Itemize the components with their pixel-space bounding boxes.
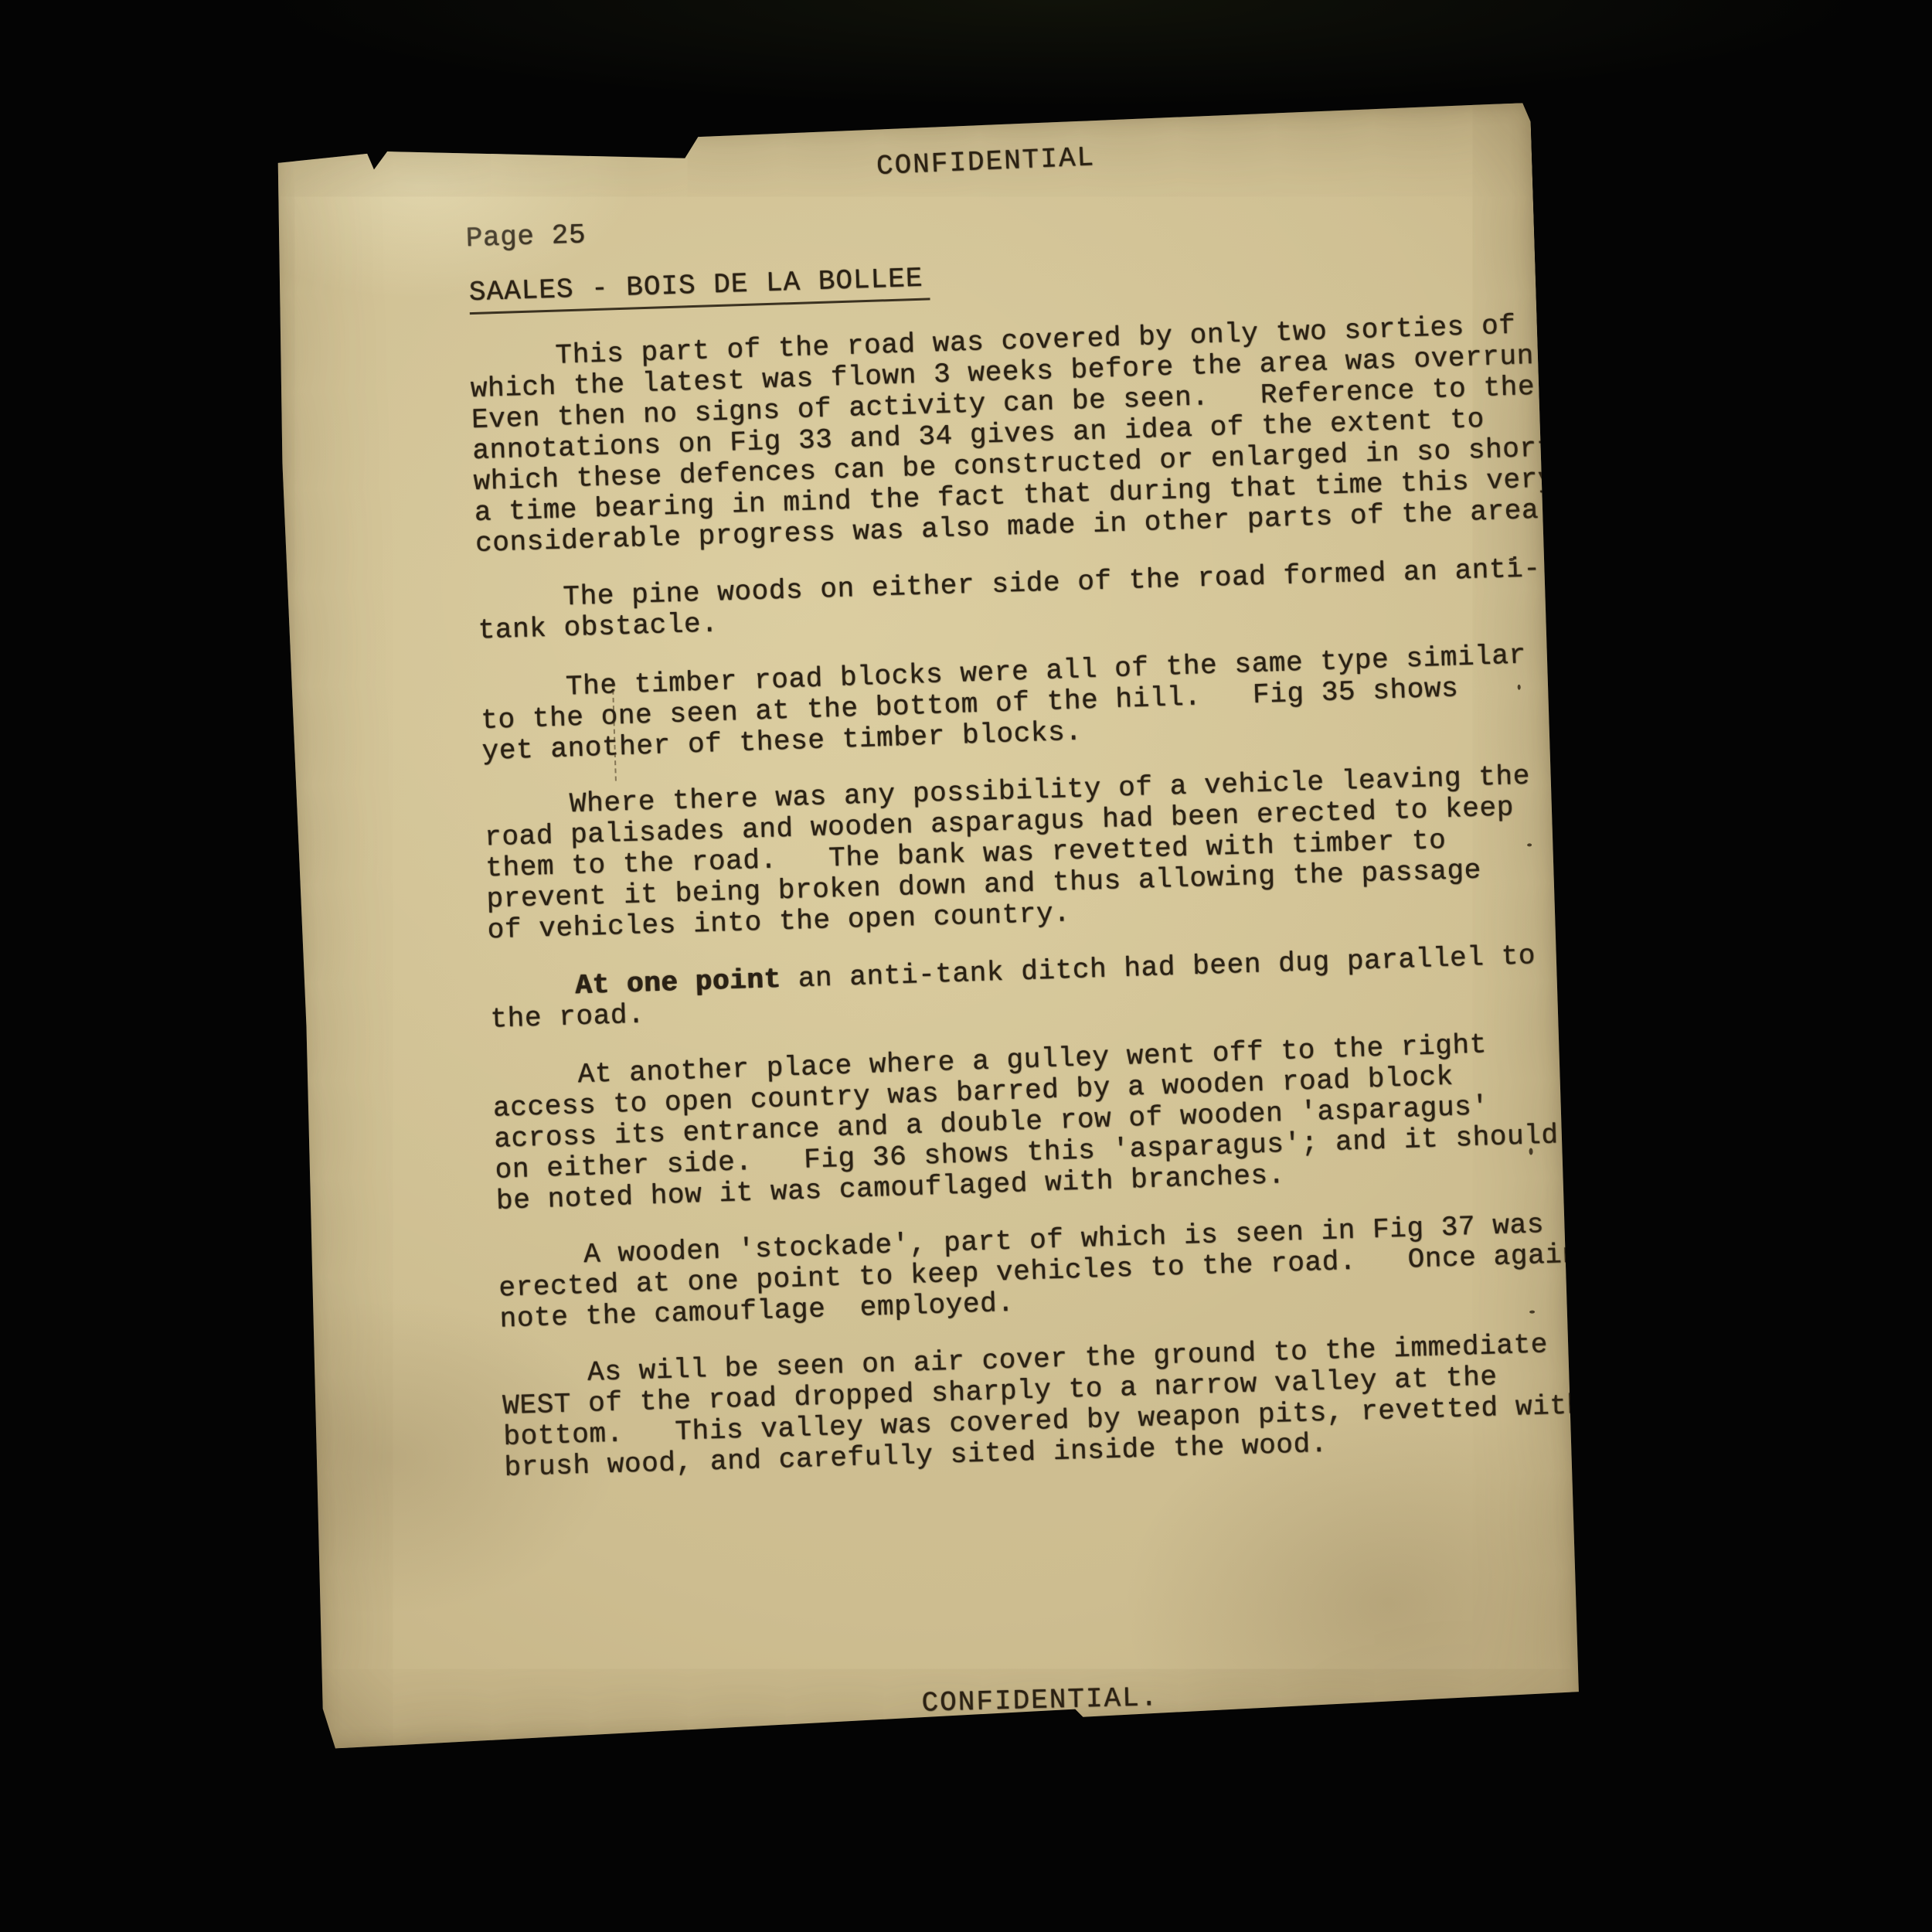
paragraph: Where there was any possibility of a veh… bbox=[483, 760, 1569, 946]
classification-header: CONFIDENTIAL bbox=[876, 141, 1096, 182]
paragraph: This part of the road was covered by onl… bbox=[469, 309, 1557, 560]
classification-footer: CONFIDENTIAL. bbox=[921, 1682, 1159, 1719]
paragraph: At another place where a gulley went off… bbox=[492, 1027, 1578, 1217]
paragraph: The timber road blocks were all of the s… bbox=[479, 639, 1563, 767]
paragraph: As will be seen on air cover the ground … bbox=[502, 1328, 1587, 1484]
page-number-label: Page 25 bbox=[465, 219, 587, 254]
document-photo: CONFIDENTIAL Page 25 SAALES - BOIS DE LA… bbox=[0, 0, 1932, 1932]
document-page: CONFIDENTIAL Page 25 SAALES - BOIS DE LA… bbox=[271, 103, 1581, 1749]
paragraph: The pine woods on either side of the roa… bbox=[477, 553, 1560, 647]
document-body: This part of the road was covered by onl… bbox=[469, 309, 1587, 1511]
section-title: SAALES - BOIS DE LA BOLLEE bbox=[468, 262, 930, 315]
ink-speck bbox=[1529, 1148, 1532, 1155]
ink-speck bbox=[1518, 685, 1521, 690]
paragraph: A wooden 'stockade', part of which is se… bbox=[498, 1209, 1582, 1335]
paragraph: At one point an anti-tank ditch had been… bbox=[489, 940, 1573, 1036]
